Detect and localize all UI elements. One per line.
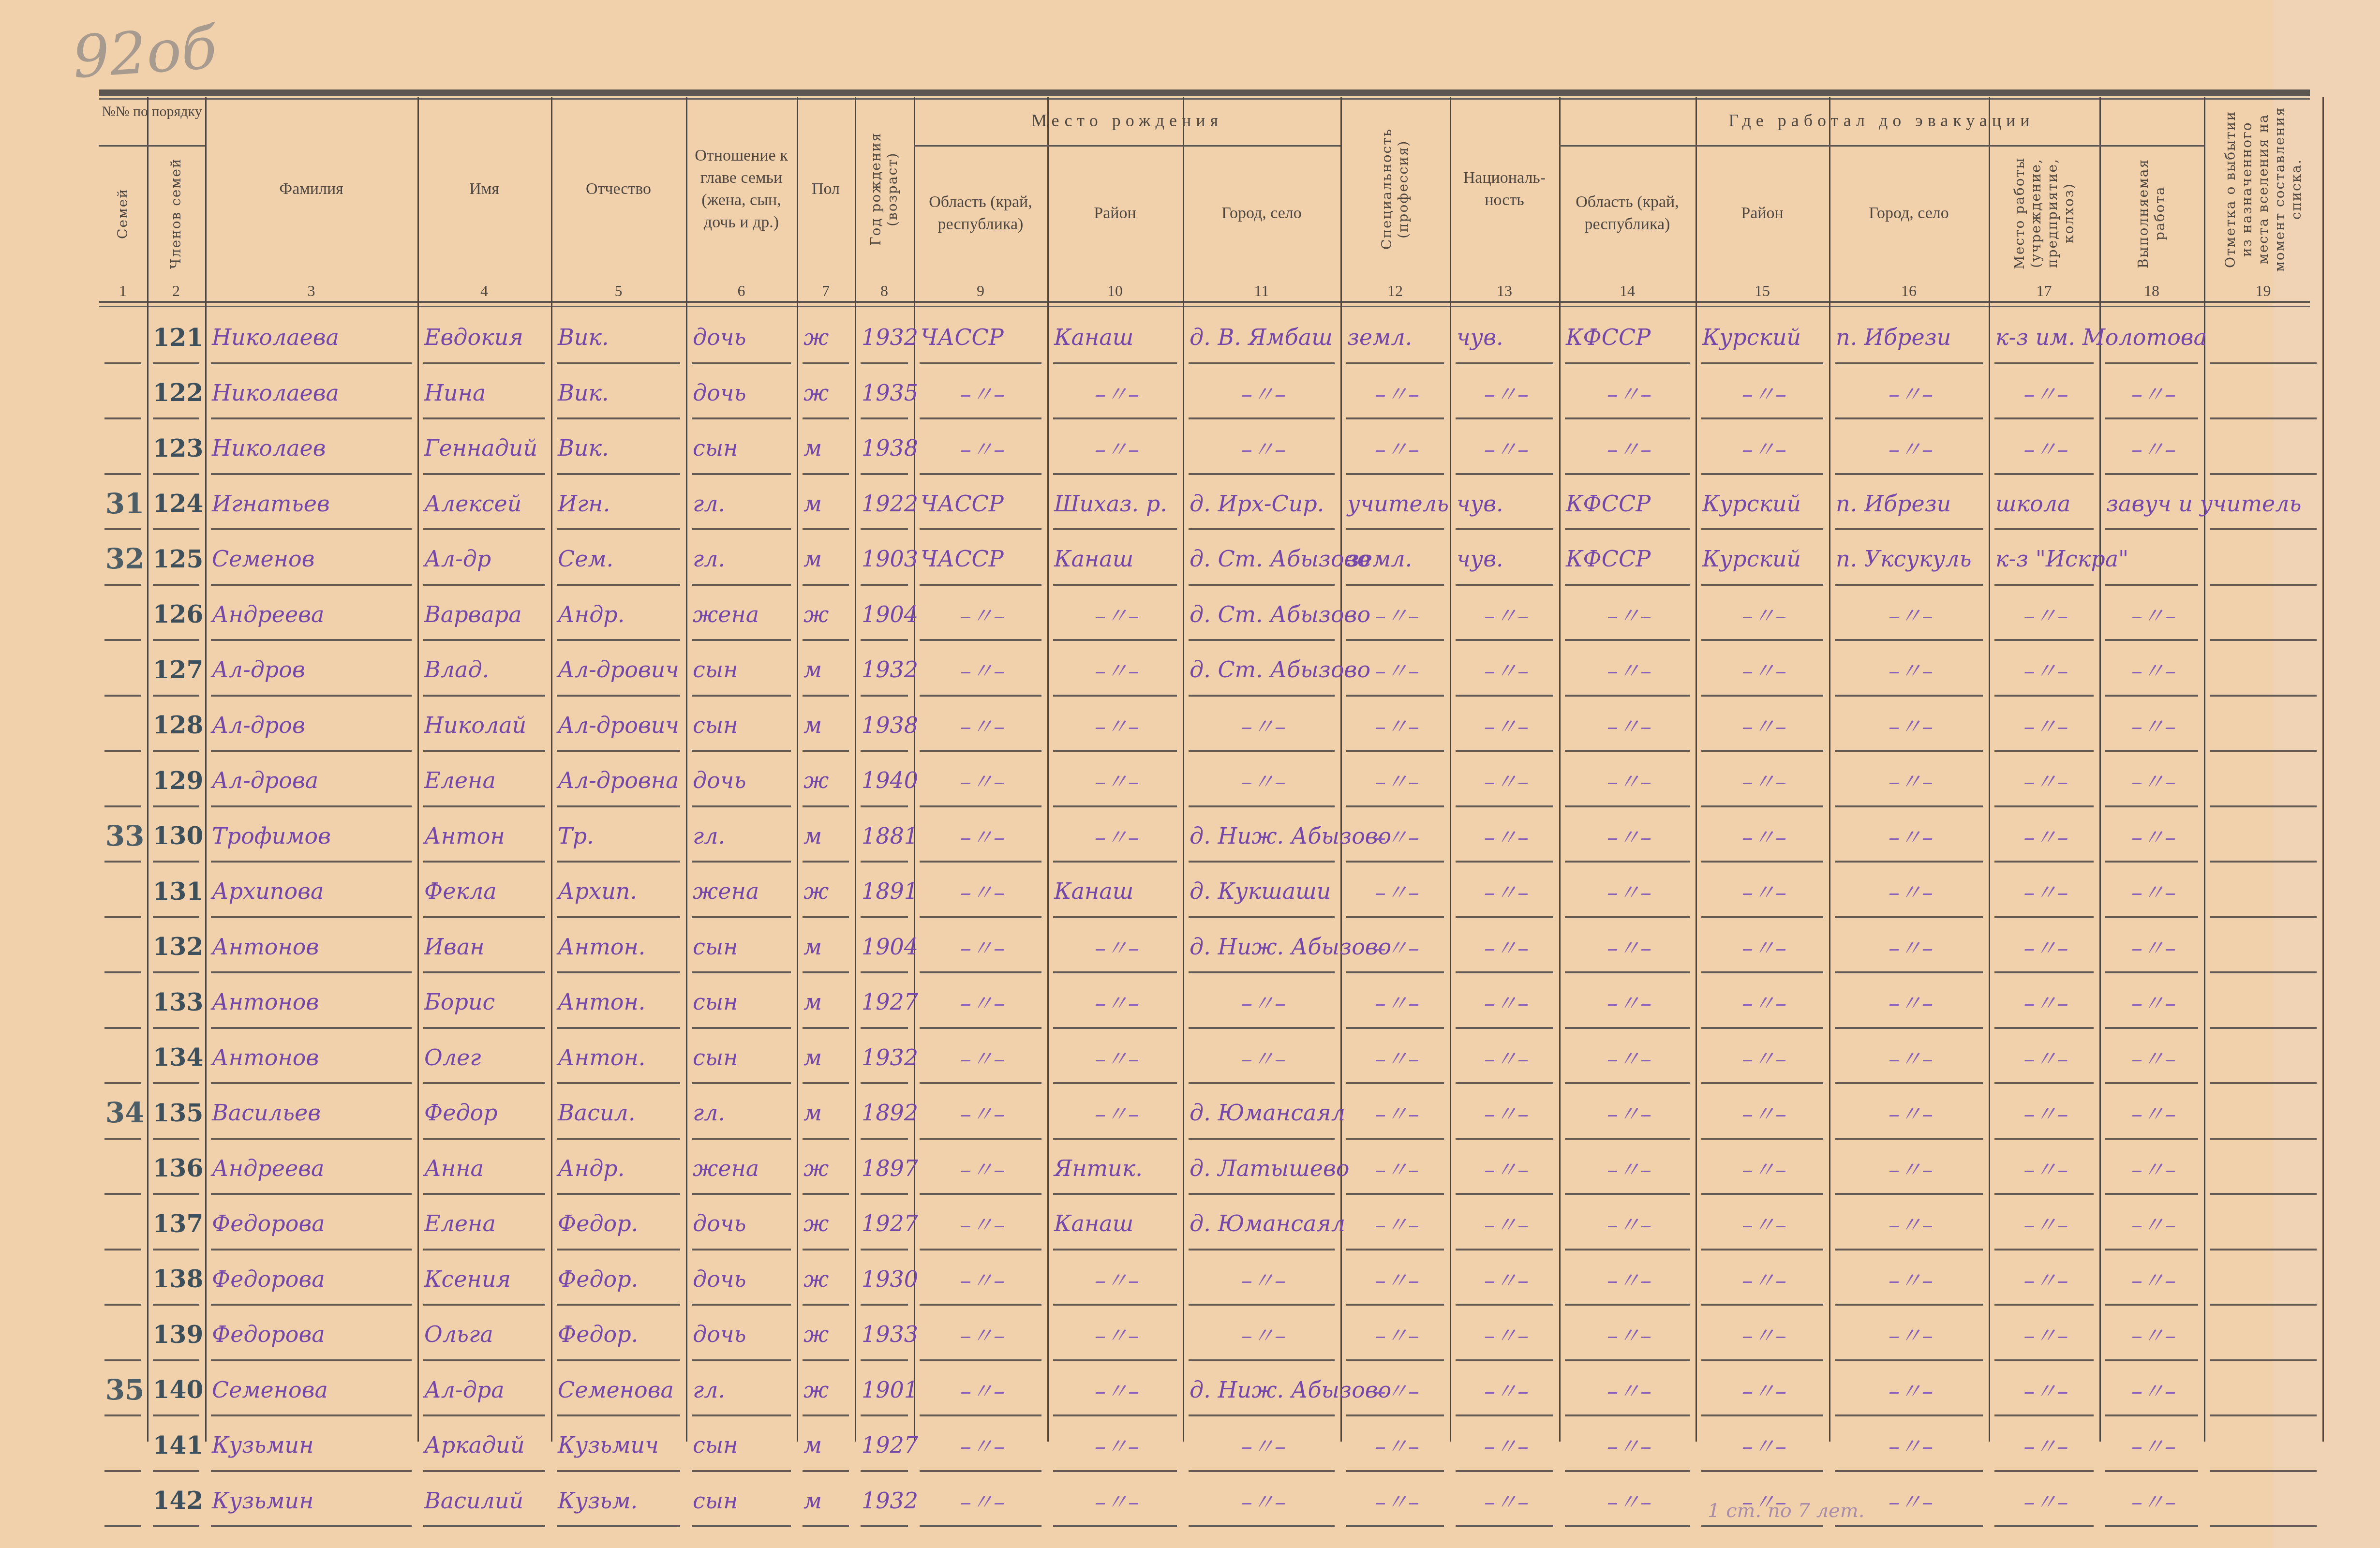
- cell-profession: –〃–: [1347, 1090, 1447, 1136]
- cell-nationality: –〃–: [1457, 979, 1556, 1025]
- column-header-14: Область (край, республика): [1562, 150, 1693, 277]
- row-divider: [803, 916, 849, 918]
- cell-region: –〃–: [921, 702, 1044, 748]
- row-divider: [1565, 1249, 1690, 1250]
- row-divider: [1565, 1359, 1690, 1361]
- row-divider: [803, 362, 849, 364]
- cell-region: –〃–: [921, 1478, 1044, 1524]
- row-divider: [557, 584, 680, 586]
- row-divider: [1835, 639, 1983, 641]
- cell-note: [2211, 1090, 2320, 1136]
- cell-district: Канаш: [1054, 536, 1180, 582]
- row-divider: [2105, 639, 2198, 641]
- cell-nationality: –〃–: [1457, 1146, 1556, 1191]
- cell-nationality: –〃–: [1457, 1035, 1556, 1081]
- cell-w_job: –〃–: [2106, 1422, 2201, 1468]
- row-divider: [1835, 1027, 1983, 1029]
- cell-member: 127: [154, 647, 202, 693]
- row-divider: [2105, 362, 2198, 364]
- row-divider: [1456, 473, 1553, 475]
- cell-w_district: Курский: [1702, 314, 1826, 360]
- row-divider: [1994, 584, 2094, 586]
- cell-w_region: –〃–: [1566, 758, 1693, 804]
- row-divider: [211, 805, 412, 807]
- cell-name: Аркадий: [424, 1422, 548, 1468]
- cell-year: 1881: [862, 813, 911, 859]
- row-divider: [2210, 861, 2317, 863]
- row-divider: [1701, 1082, 1823, 1084]
- row-divider: [423, 1138, 545, 1140]
- cell-w_district: –〃–: [1702, 1035, 1826, 1081]
- row-divider: [1346, 528, 1444, 530]
- row-divider: [1565, 750, 1690, 752]
- row-divider: [803, 1359, 849, 1361]
- cell-relation: сын: [693, 647, 794, 693]
- row-divider: [1565, 861, 1690, 863]
- cell-member: 135: [154, 1090, 202, 1136]
- row-divider: [920, 1027, 1041, 1029]
- row-divider: [1189, 695, 1335, 697]
- cell-sex: ж: [803, 758, 852, 804]
- cell-w_job: –〃–: [2106, 1311, 2201, 1357]
- column-header-2: Членов семей: [150, 150, 202, 277]
- row-divider: [803, 1304, 849, 1306]
- row-divider: [861, 971, 908, 973]
- cell-name: Варвара: [424, 592, 548, 638]
- row-divider: [803, 1525, 849, 1527]
- cell-note: [2211, 370, 2320, 416]
- row-divider: [1835, 584, 1983, 586]
- row-divider: [920, 1249, 1041, 1250]
- column-number-9: 9: [914, 282, 1047, 301]
- row-divider: [2210, 750, 2317, 752]
- cell-region: –〃–: [921, 813, 1044, 859]
- cell-surname: Николаев: [212, 425, 415, 471]
- row-divider: [1189, 1249, 1335, 1250]
- row-divider: [920, 971, 1041, 973]
- cell-profession: –〃–: [1347, 1311, 1447, 1357]
- row-divider: [692, 1359, 791, 1361]
- row-divider: [1835, 695, 1983, 697]
- row-divider: [803, 695, 849, 697]
- row-divider: [423, 362, 545, 364]
- row-divider: [1456, 1138, 1553, 1140]
- cell-w_job: –〃–: [2106, 979, 2201, 1025]
- row-divider: [1835, 362, 1983, 364]
- row-divider: [423, 528, 545, 530]
- cell-relation: сын: [693, 425, 794, 471]
- row-divider: [1189, 417, 1335, 419]
- cell-w_region: –〃–: [1566, 868, 1693, 914]
- row-divider: [153, 584, 199, 586]
- column-divider: [2322, 97, 2324, 1442]
- cell-w_district: –〃–: [1702, 1201, 1826, 1247]
- row-divider: [920, 1082, 1041, 1084]
- cell-member: 134: [154, 1035, 202, 1081]
- cell-district: –〃–: [1054, 1311, 1180, 1357]
- row-divider: [1053, 1359, 1177, 1361]
- row-divider: [1835, 1138, 1983, 1140]
- cell-w_region: –〃–: [1566, 1367, 1693, 1413]
- row-divider: [1565, 1525, 1690, 1527]
- cell-w_district: –〃–: [1702, 647, 1826, 693]
- cell-patronymic: Ал-дрович: [558, 702, 683, 748]
- cell-member: 122: [154, 370, 202, 416]
- row-divider: [803, 1249, 849, 1250]
- cell-profession: –〃–: [1347, 425, 1447, 471]
- row-divider: [2210, 528, 2317, 530]
- row-divider: [1994, 805, 2094, 807]
- cell-note: [2211, 924, 2320, 970]
- row-divider: [920, 695, 1041, 697]
- cell-district: –〃–: [1054, 758, 1180, 804]
- row-divider: [2210, 584, 2317, 586]
- cell-w_place: к-з им. Молотова: [1995, 314, 2097, 360]
- cell-village: –〃–: [1190, 702, 1338, 748]
- cell-surname: Семенов: [212, 536, 415, 582]
- cell-w_region: –〃–: [1566, 1035, 1693, 1081]
- row-divider: [1565, 1470, 1690, 1472]
- row-divider: [861, 362, 908, 364]
- cell-family: [105, 314, 144, 360]
- row-divider: [423, 971, 545, 973]
- cell-w_district: –〃–: [1702, 1367, 1826, 1413]
- cell-profession: –〃–: [1347, 1201, 1447, 1247]
- row-divider: [920, 1193, 1041, 1195]
- cell-w_job: –〃–: [2106, 370, 2201, 416]
- row-divider: [1701, 639, 1823, 641]
- cell-name: Федор: [424, 1090, 548, 1136]
- cell-w_region: –〃–: [1566, 1146, 1693, 1191]
- row-divider: [211, 861, 412, 863]
- row-divider: [920, 1470, 1041, 1472]
- row-divider: [692, 805, 791, 807]
- cell-nationality: чув.: [1457, 536, 1556, 582]
- row-divider: [211, 1027, 412, 1029]
- row-divider: [1565, 417, 1690, 419]
- cell-district: Канаш: [1054, 1201, 1180, 1247]
- cell-member: 136: [154, 1146, 202, 1191]
- cell-sex: м: [803, 702, 852, 748]
- cell-patronymic: Вик.: [558, 314, 683, 360]
- row-divider: [1346, 750, 1444, 752]
- row-divider: [104, 1027, 141, 1029]
- row-divider: [211, 971, 412, 973]
- row-divider: [1835, 417, 1983, 419]
- cell-family: 32: [105, 536, 144, 582]
- row-divider: [1835, 971, 1983, 973]
- cell-family: [105, 868, 144, 914]
- column-number-11: 11: [1183, 282, 1340, 301]
- column-number-16: 16: [1829, 282, 1989, 301]
- cell-surname: Ал-дров: [212, 702, 415, 748]
- cell-patronymic: Тр.: [558, 813, 683, 859]
- row-divider: [1346, 1082, 1444, 1084]
- row-divider: [861, 861, 908, 863]
- row-divider: [153, 916, 199, 918]
- cell-sex: м: [803, 1422, 852, 1468]
- cell-surname: Андреева: [212, 592, 415, 638]
- row-divider: [861, 695, 908, 697]
- cell-patronymic: Антон.: [558, 924, 683, 970]
- row-divider: [211, 1470, 412, 1472]
- row-divider: [1994, 417, 2094, 419]
- row-divider: [2105, 861, 2198, 863]
- cell-w_region: –〃–: [1566, 1201, 1693, 1247]
- cell-w_job: –〃–: [2106, 1367, 2201, 1413]
- row-divider: [1346, 1138, 1444, 1140]
- cell-village: д. Юмансаял: [1190, 1090, 1338, 1136]
- row-divider: [423, 861, 545, 863]
- row-divider: [1994, 1470, 2094, 1472]
- row-divider: [423, 1470, 545, 1472]
- cell-note: [2211, 979, 2320, 1025]
- cell-member: 126: [154, 592, 202, 638]
- cell-village: –〃–: [1190, 425, 1338, 471]
- row-divider: [211, 1414, 412, 1416]
- cell-w_job: –〃–: [2106, 702, 2201, 748]
- cell-w_region: КФССР: [1566, 481, 1693, 527]
- row-divider: [920, 750, 1041, 752]
- cell-w_place: –〃–: [1995, 1256, 2097, 1302]
- row-divider: [153, 1138, 199, 1140]
- column-header-15: Район: [1698, 150, 1826, 277]
- cell-district: –〃–: [1054, 1478, 1180, 1524]
- row-divider: [1053, 1304, 1177, 1306]
- cell-village: д. Ст. Абызово: [1190, 536, 1338, 582]
- row-divider: [803, 528, 849, 530]
- cell-sex: ж: [803, 1367, 852, 1413]
- row-divider: [104, 1525, 141, 1527]
- cell-district: –〃–: [1054, 1035, 1180, 1081]
- cell-patronymic: Семенова: [558, 1367, 683, 1413]
- row-divider: [1346, 916, 1444, 918]
- cell-w_region: –〃–: [1566, 1090, 1693, 1136]
- row-divider: [104, 639, 141, 641]
- column-header-16: Город, село: [1832, 150, 1986, 277]
- cell-district: Канаш: [1054, 314, 1180, 360]
- cell-note: [2211, 536, 2320, 582]
- cell-region: ЧАССР: [921, 481, 1044, 527]
- row-divider: [1053, 750, 1177, 752]
- cell-w_city: –〃–: [1836, 1146, 1986, 1191]
- row-divider: [920, 417, 1041, 419]
- row-divider: [1835, 1249, 1983, 1250]
- row-divider: [557, 362, 680, 364]
- cell-profession: земл.: [1347, 314, 1447, 360]
- row-divider: [1835, 750, 1983, 752]
- row-divider: [1701, 473, 1823, 475]
- row-divider: [1053, 1525, 1177, 1527]
- row-divider: [1346, 417, 1444, 419]
- cell-w_place: –〃–: [1995, 1478, 2097, 1524]
- cell-member: 129: [154, 758, 202, 804]
- cell-name: Ксения: [424, 1256, 548, 1302]
- cell-patronymic: Вик.: [558, 425, 683, 471]
- row-divider: [1994, 1082, 2094, 1084]
- row-divider: [2210, 1138, 2317, 1140]
- row-divider: [1565, 473, 1690, 475]
- cell-note: [2211, 1146, 2320, 1191]
- cell-village: д. В. Ямбаш: [1190, 314, 1338, 360]
- cell-relation: дочь: [693, 1311, 794, 1357]
- cell-w_place: –〃–: [1995, 758, 2097, 804]
- row-divider: [1456, 695, 1553, 697]
- column-number-1: 1: [99, 282, 147, 301]
- cell-name: Анна: [424, 1146, 548, 1191]
- row-divider: [1565, 584, 1690, 586]
- column-number-3: 3: [205, 282, 417, 301]
- row-divider: [1189, 1359, 1335, 1361]
- cell-region: –〃–: [921, 758, 1044, 804]
- cell-w_district: Курский: [1702, 481, 1826, 527]
- cell-sex: м: [803, 536, 852, 582]
- cell-village: д. Ниж. Абызово: [1190, 1367, 1338, 1413]
- row-divider: [2105, 1414, 2198, 1416]
- cell-region: –〃–: [921, 1422, 1044, 1468]
- row-divider: [104, 362, 141, 364]
- column-number-10: 10: [1047, 282, 1183, 301]
- cell-region: ЧАССР: [921, 536, 1044, 582]
- cell-patronymic: Игн.: [558, 481, 683, 527]
- cell-village: д. Ст. Абызово: [1190, 592, 1338, 638]
- cell-w_district: –〃–: [1702, 1090, 1826, 1136]
- cell-family: [105, 1256, 144, 1302]
- row-divider: [920, 362, 1041, 364]
- cell-family: 31: [105, 481, 144, 527]
- cell-relation: гл.: [693, 536, 794, 582]
- cell-year: 1930: [862, 1256, 911, 1302]
- row-divider: [692, 1193, 791, 1195]
- cell-family: [105, 924, 144, 970]
- cell-nationality: –〃–: [1457, 647, 1556, 693]
- column-header-9: Область (край, республика): [917, 150, 1044, 277]
- column-number-13: 13: [1450, 282, 1559, 301]
- cell-family: 35: [105, 1367, 144, 1413]
- row-divider: [211, 639, 412, 641]
- row-divider: [153, 473, 199, 475]
- cell-w_city: –〃–: [1836, 1201, 1986, 1247]
- row-divider: [1835, 805, 1983, 807]
- row-divider: [423, 1304, 545, 1306]
- row-divider: [1701, 695, 1823, 697]
- row-divider: [211, 362, 412, 364]
- cell-family: [105, 702, 144, 748]
- cell-village: д. Ст. Абызово: [1190, 647, 1338, 693]
- row-divider: [803, 750, 849, 752]
- row-divider: [2105, 1193, 2198, 1195]
- cell-surname: Николаева: [212, 370, 415, 416]
- cell-w_city: п. Ибрези: [1836, 481, 1986, 527]
- cell-w_city: –〃–: [1836, 1422, 1986, 1468]
- column-header-17: Место работы (учреждение, предприятие, к…: [1992, 150, 2097, 277]
- column-header-10: Район: [1050, 150, 1180, 277]
- row-divider: [803, 473, 849, 475]
- cell-relation: гл.: [693, 813, 794, 859]
- cell-w_place: –〃–: [1995, 1367, 2097, 1413]
- column-header-1: Семей: [102, 150, 144, 277]
- row-divider: [1835, 1193, 1983, 1195]
- cell-note: [2211, 1035, 2320, 1081]
- row-divider: [1994, 971, 2094, 973]
- row-divider: [1456, 1082, 1553, 1084]
- row-divider: [2210, 805, 2317, 807]
- column-header-4: Имя: [420, 102, 548, 277]
- row-divider: [1994, 362, 2094, 364]
- cell-district: –〃–: [1054, 813, 1180, 859]
- cell-name: Алексей: [424, 481, 548, 527]
- cell-member: 125: [154, 536, 202, 582]
- column-number-8: 8: [855, 282, 914, 301]
- row-divider: [1456, 916, 1553, 918]
- row-divider: [2210, 1027, 2317, 1029]
- cell-sex: м: [803, 647, 852, 693]
- cell-w_city: –〃–: [1836, 1090, 1986, 1136]
- row-divider: [1346, 1193, 1444, 1195]
- cell-w_region: –〃–: [1566, 1311, 1693, 1357]
- row-divider: [557, 971, 680, 973]
- row-divider: [1456, 528, 1553, 530]
- row-divider: [557, 1027, 680, 1029]
- row-divider: [1346, 1304, 1444, 1306]
- row-divider: [920, 1359, 1041, 1361]
- cell-sex: м: [803, 813, 852, 859]
- row-divider: [803, 805, 849, 807]
- cell-nationality: –〃–: [1457, 924, 1556, 970]
- row-divider: [803, 861, 849, 863]
- cell-profession: учитель: [1347, 481, 1447, 527]
- cell-year: 1932: [862, 314, 911, 360]
- cell-note: [2211, 1422, 2320, 1468]
- row-divider: [861, 528, 908, 530]
- column-header-19: Отметка о выбытии из назначенного места …: [2207, 102, 2320, 277]
- row-divider: [104, 417, 141, 419]
- row-divider: [803, 584, 849, 586]
- row-divider: [803, 1027, 849, 1029]
- row-divider: [557, 1525, 680, 1527]
- row-divider: [861, 916, 908, 918]
- row-divider: [1053, 861, 1177, 863]
- cell-profession: –〃–: [1347, 1422, 1447, 1468]
- cell-patronymic: Федор.: [558, 1311, 683, 1357]
- row-divider: [692, 1138, 791, 1140]
- row-divider: [692, 971, 791, 973]
- row-divider: [2210, 473, 2317, 475]
- row-divider: [1835, 1082, 1983, 1084]
- column-number-17: 17: [1989, 282, 2099, 301]
- row-divider: [1346, 1414, 1444, 1416]
- cell-year: 1927: [862, 979, 911, 1025]
- cell-region: –〃–: [921, 425, 1044, 471]
- cell-sex: ж: [803, 1146, 852, 1191]
- cell-relation: гл.: [693, 1367, 794, 1413]
- row-divider: [153, 861, 199, 863]
- row-divider: [1346, 639, 1444, 641]
- order-subrule: [99, 145, 205, 147]
- row-divider: [211, 695, 412, 697]
- cell-year: 1932: [862, 647, 911, 693]
- row-divider: [1456, 1470, 1553, 1472]
- cell-relation: сын: [693, 1478, 794, 1524]
- row-divider: [104, 1470, 141, 1472]
- cell-region: –〃–: [921, 1201, 1044, 1247]
- row-divider: [1994, 473, 2094, 475]
- cell-name: Геннадий: [424, 425, 548, 471]
- row-divider: [153, 1249, 199, 1250]
- row-divider: [2105, 695, 2198, 697]
- cell-sex: ж: [803, 370, 852, 416]
- row-divider: [861, 1470, 908, 1472]
